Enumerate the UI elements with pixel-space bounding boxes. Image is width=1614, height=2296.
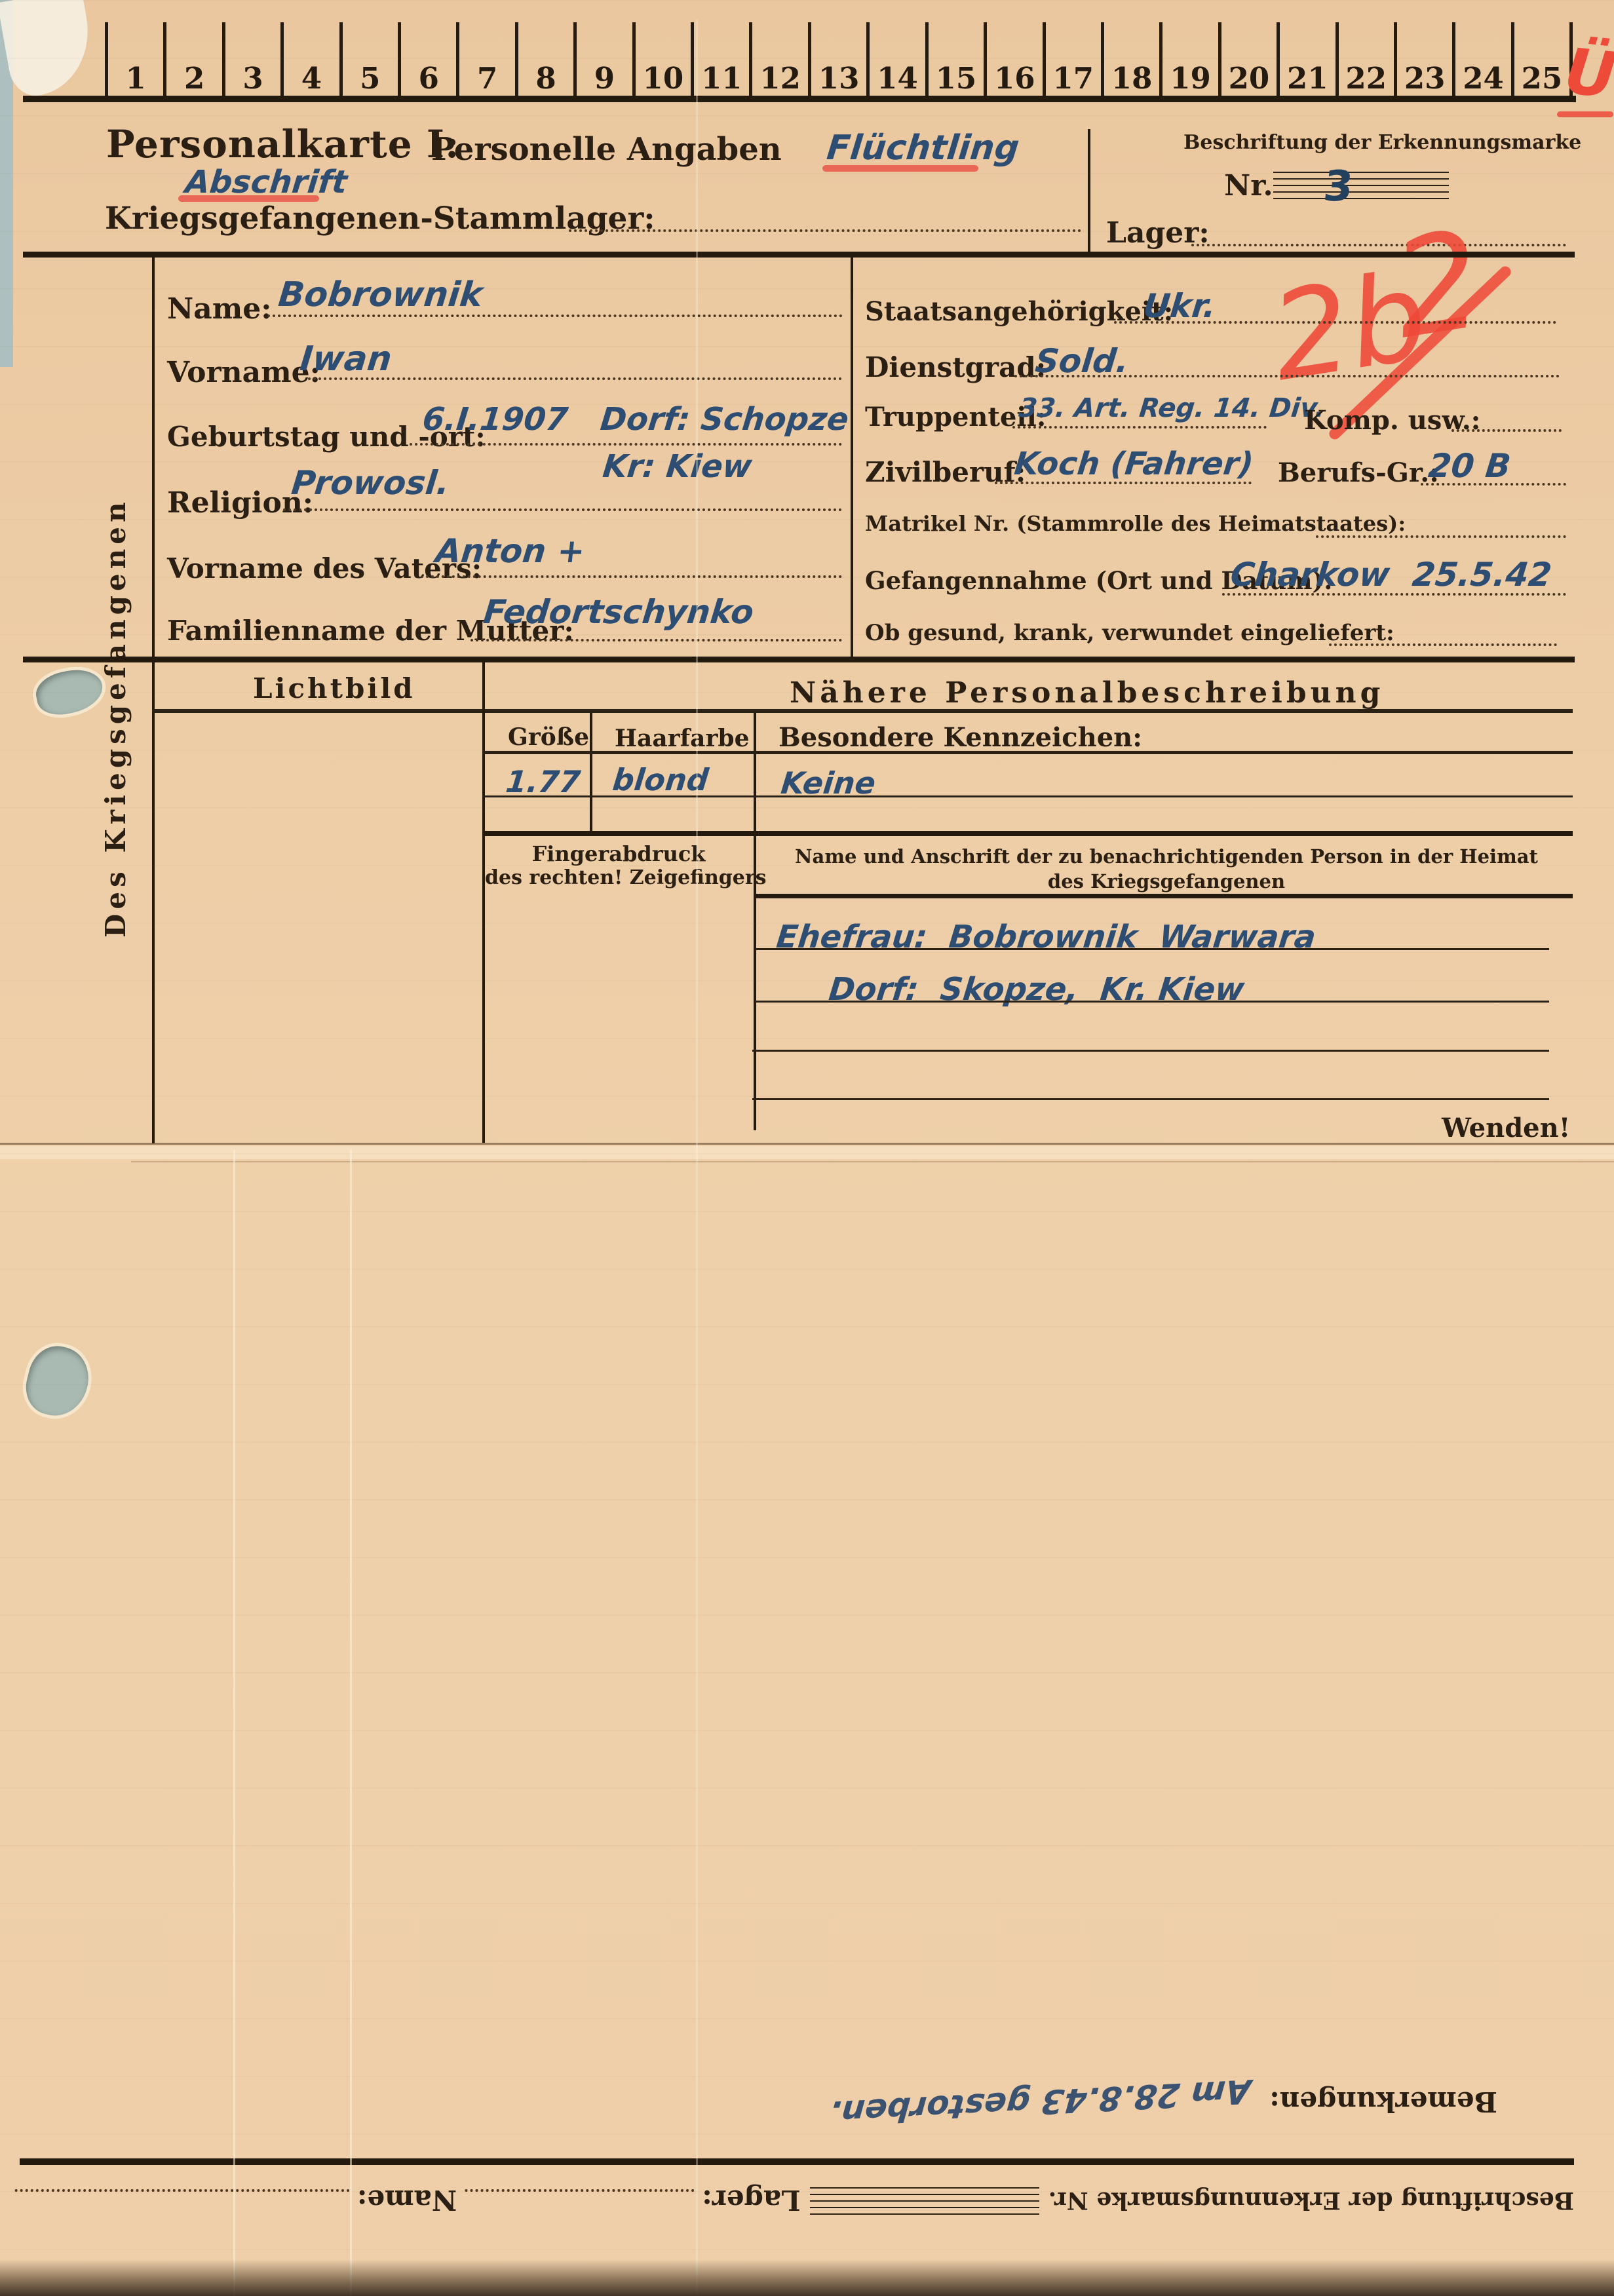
contact-header-rule [755, 894, 1573, 898]
stammlager-dotted-line [569, 208, 1081, 232]
table-values-rule [482, 795, 1573, 797]
vertical-crease-2 [350, 1150, 352, 2296]
ruler-cell: 9 [577, 22, 635, 98]
ruler-cell: 22 [1339, 22, 1397, 98]
lichtbild-label: Lichtbild [253, 672, 415, 704]
field-label-berufsgr: Berufs-Gr.: [1278, 457, 1439, 488]
field-dots-mutter [471, 618, 842, 641]
ruler-cell: 12 [752, 22, 811, 98]
field-dots-komp [1451, 408, 1562, 432]
field-dots-staatsangehoerigkeit [1114, 300, 1556, 324]
field-dots-gefangennahme [1222, 572, 1566, 596]
ruler-cell: 1 [105, 22, 166, 98]
field-label-obgesund: Ob gesund, krank, verwundet eingeliefert… [865, 620, 1394, 646]
haarfarbe-value: blond [611, 762, 710, 797]
field-dots-vorname [308, 356, 842, 380]
red-ue-underline [1557, 111, 1613, 117]
ruler-cell: 19 [1162, 22, 1221, 98]
bemerkungen-value: Am 28.8.43 gestorben. [828, 2072, 1252, 2132]
ruler-cell: 8 [518, 22, 577, 98]
ruler-baseline [23, 96, 1576, 102]
haarfarbe-label: Haarfarbe [615, 725, 750, 752]
field-dots-truppenteil [1012, 405, 1267, 429]
groesse-label: Größe [508, 723, 589, 751]
contact-header-line2: des Kriegsgefangenen [760, 870, 1573, 892]
ruler-cell: 20 [1221, 22, 1280, 98]
ruler-cell: 24 [1455, 22, 1514, 98]
field-dots-berufsgr [1421, 462, 1566, 486]
field-dots-zivilberuf [995, 461, 1252, 484]
fluechtling-annotation: Flüchtling [825, 128, 1021, 168]
fields-bottom-rule [23, 657, 1575, 662]
field-dots-matrikel [1316, 514, 1566, 538]
wenden-label: Wenden! [1442, 1113, 1570, 1143]
ruler-cell: 21 [1280, 22, 1338, 98]
ruler-cell: 14 [870, 22, 928, 98]
card-left-border [152, 258, 155, 1143]
ruler-cell: 7 [459, 22, 518, 98]
card-subtitle: Personelle Angaben [431, 131, 782, 168]
ruler-cell: 4 [284, 22, 342, 98]
table-bottom-rule [482, 831, 1573, 836]
field-value-geburtstag-line2: Kr: Kiew [601, 448, 754, 485]
contact-rule-1 [755, 948, 1549, 950]
reverse-heavy-rule [20, 2158, 1574, 2165]
ruler-cell: 17 [1046, 22, 1104, 98]
contact-rule-2 [755, 1001, 1549, 1003]
fold-crease-highlight [0, 1146, 1614, 1159]
ruler-cell: 18 [1104, 22, 1162, 98]
ruler-cell: 11 [694, 22, 752, 98]
fingerprint-label-line1: Fingerabdruck [485, 841, 752, 866]
personalbeschreibung-title: Nähere Personalbeschreibung [790, 676, 1384, 710]
fold-crease-faint [131, 1161, 1614, 1162]
ruler-cell: 5 [343, 22, 401, 98]
groesse-haar-divider [590, 713, 592, 836]
photo-column-divider [482, 662, 485, 1143]
reverse-nr-ruled-lines [810, 2186, 1039, 2215]
ruler-cell: 23 [1397, 22, 1455, 98]
fold-crease-shadow [0, 1143, 1614, 1145]
field-dots-name [267, 294, 843, 317]
contact-header-line1: Name und Anschrift der zu benachrichtige… [760, 845, 1573, 868]
reverse-lager-dots [465, 2189, 694, 2211]
card-title: Personalkarte I: [106, 122, 459, 166]
section-rule [152, 709, 1573, 713]
bemerkungen-label: Bemerkungen: [1269, 2086, 1497, 2118]
ruler-strip: 1 2 3 4 5 6 7 8 9 10 11 12 13 14 15 16 1… [105, 22, 1573, 98]
ruler-cell: 13 [811, 22, 870, 98]
marke-box-title: Beschriftung der Erkennungsmarke [1183, 131, 1581, 154]
groesse-value: 1.77 [504, 764, 582, 799]
fluechtling-underline [822, 165, 978, 172]
fingerprint-label-line2: des rechten! Zeigefingers [485, 866, 752, 889]
ruler-cell: 2 [166, 22, 225, 98]
field-label-vorname: Vorname: [167, 356, 320, 389]
reverse-footer-row: Beschriftung der Erkennungsmarke Nr. Lag… [14, 2173, 1574, 2228]
contact-rule-4 [752, 1098, 1549, 1100]
punch-hole-bottom [20, 1340, 96, 1422]
reverse-name-label: Name: [357, 2185, 457, 2217]
fingerprint-column-divider [754, 713, 756, 1130]
reverse-name-dots [14, 2189, 349, 2211]
ruler-cell: 3 [225, 22, 284, 98]
ruler-cell: 16 [987, 22, 1045, 98]
bemerkungen-row-reversed: Bemerkungen: Am 28.8.43 gestorben. [822, 2063, 1497, 2141]
field-dots-vater [421, 554, 842, 578]
contact-rule-3 [752, 1050, 1549, 1052]
field-dots-religion [283, 488, 842, 511]
field-dots-geburtstag [410, 422, 842, 446]
field-column-divider [851, 258, 853, 660]
ruler-cell: 15 [929, 22, 987, 98]
table-header-rule [482, 751, 1573, 754]
marke-box-divider [1088, 129, 1090, 256]
ruler-cell: 6 [401, 22, 459, 98]
kennzeichen-label: Besondere Kennzeichen: [778, 722, 1142, 753]
header-rule [23, 252, 1575, 258]
side-label-des-kriegsgefangenen: Des Kriegsgefangenen [100, 485, 132, 950]
bottom-scan-shadow [0, 2259, 1614, 2296]
reverse-lager-label: Lager: [702, 2185, 800, 2217]
reverse-besch-label: Beschriftung der Erkennungsmarke Nr. [1048, 2187, 1574, 2214]
torn-corner-highlight [0, 0, 98, 100]
vertical-crease-1 [233, 1150, 235, 2296]
field-dots-obgesund [1329, 622, 1557, 646]
field-dots-dienstgrad [1014, 354, 1560, 377]
punch-hole-top [32, 664, 106, 719]
red-ue-mark: Ü [1561, 34, 1614, 113]
ruler-cell: 10 [636, 22, 694, 98]
personalkarte-document-scan: 1 2 3 4 5 6 7 8 9 10 11 12 13 14 15 16 1… [0, 0, 1614, 2296]
field-label-name: Name: [167, 292, 272, 326]
